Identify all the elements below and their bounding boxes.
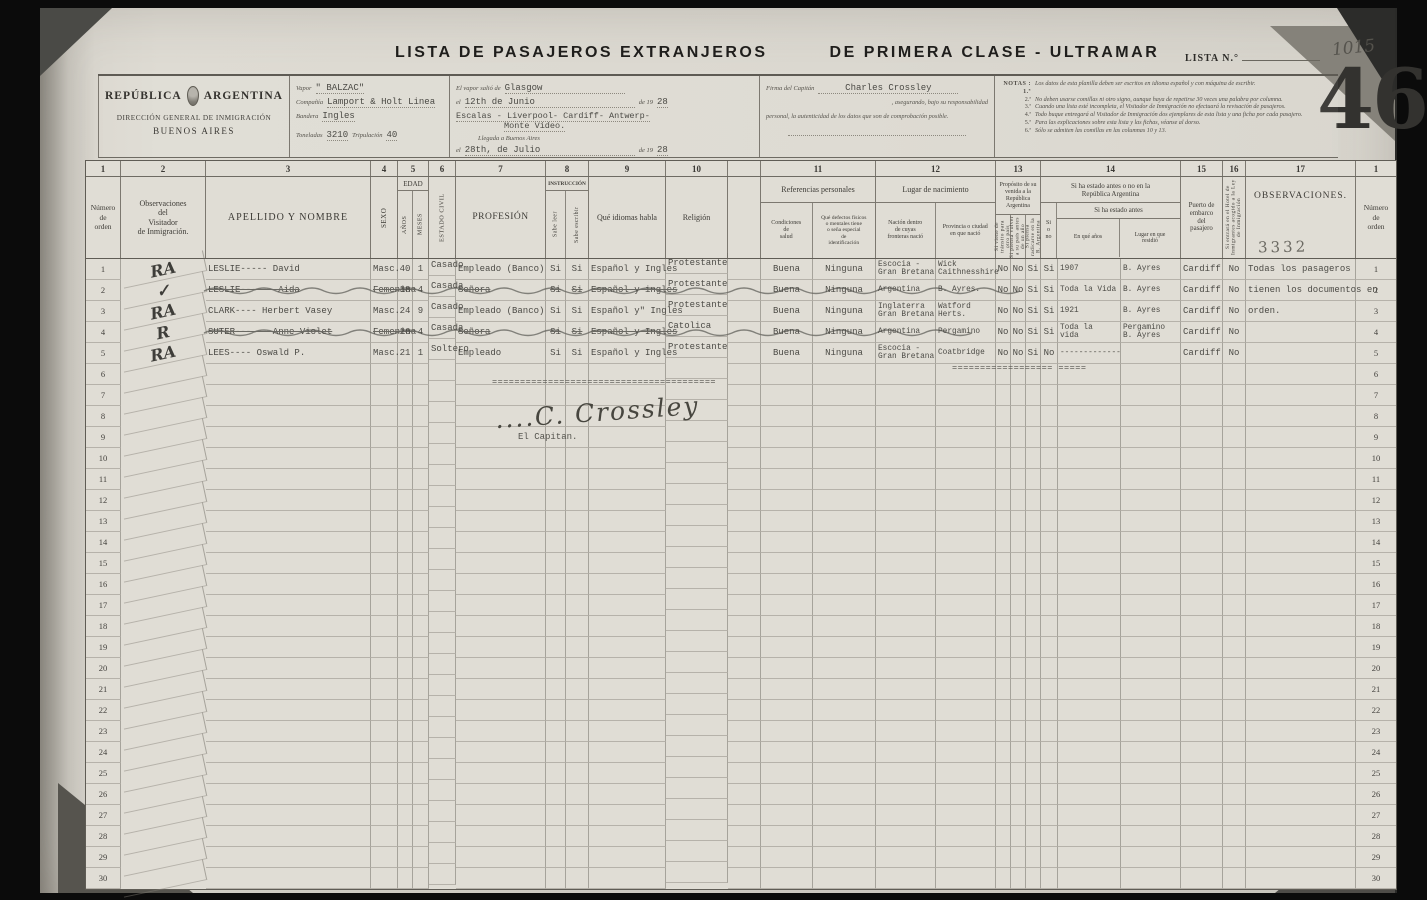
col-proposito-3: Si piensa radicarse en la R. Argentina bbox=[1026, 215, 1041, 258]
cell-provincia bbox=[936, 448, 996, 469]
cell-idiomas bbox=[589, 868, 666, 889]
nota-item: NOTAS : 1.ªLos datos de esta planilla de… bbox=[1001, 81, 1332, 97]
cell-defectos bbox=[813, 637, 876, 658]
cell-name bbox=[206, 448, 371, 469]
cell-n2: 27 bbox=[1356, 805, 1396, 826]
cell-p3 bbox=[1026, 679, 1041, 700]
cell-p3 bbox=[1026, 595, 1041, 616]
escalas-line2: Monte Video. bbox=[504, 121, 565, 132]
stamp-number: 3332 bbox=[1258, 238, 1308, 257]
cell-sino bbox=[1041, 511, 1058, 532]
cell-spare bbox=[728, 826, 761, 847]
table-header-row: Número de orden Observaciones del Visita… bbox=[86, 177, 1396, 259]
cell-name bbox=[206, 406, 371, 427]
col-nacion: Nación dentro de cuyas fronteras nació bbox=[876, 203, 935, 258]
nota-number: 5.ª bbox=[1001, 120, 1031, 128]
cell-estado bbox=[429, 738, 456, 759]
cell-obs bbox=[1246, 826, 1356, 847]
cell-provincia bbox=[936, 700, 996, 721]
cell-religion bbox=[666, 421, 728, 442]
cell-religion bbox=[666, 568, 728, 589]
cell-estado bbox=[429, 570, 456, 591]
cell-idiomas bbox=[589, 427, 666, 448]
cell-anos_ant bbox=[1058, 784, 1121, 805]
cell-sino bbox=[1041, 595, 1058, 616]
cell-spare bbox=[728, 700, 761, 721]
scanned-document: LISTA DE PASAJEROS EXTRANJEROS DE PRIMER… bbox=[0, 0, 1427, 900]
cell-idiomas bbox=[589, 784, 666, 805]
cell-hotel bbox=[1223, 616, 1246, 637]
cell-salud bbox=[761, 868, 813, 889]
cell-sino bbox=[1041, 721, 1058, 742]
cell-hotel bbox=[1223, 553, 1246, 574]
cell-n2: 10 bbox=[1356, 448, 1396, 469]
cell-salud bbox=[761, 532, 813, 553]
cell-provincia: Watford Herts. bbox=[936, 301, 996, 322]
cell-anos bbox=[398, 574, 413, 595]
cell-defectos bbox=[813, 553, 876, 574]
cell-name bbox=[206, 721, 371, 742]
table-row: 2929 bbox=[86, 847, 1396, 868]
cell-n2: 20 bbox=[1356, 658, 1396, 679]
cell-nacion bbox=[876, 511, 936, 532]
cell-puerto: Cardiff bbox=[1181, 280, 1223, 301]
cell-puerto bbox=[1181, 742, 1223, 763]
cell-anos_ant bbox=[1058, 616, 1121, 637]
cell-religion bbox=[666, 799, 728, 820]
cell-obs bbox=[1246, 385, 1356, 406]
cell-sino: No bbox=[1041, 343, 1058, 364]
cell-meses: 9 bbox=[413, 301, 429, 322]
cell-spare bbox=[728, 427, 761, 448]
table-row: 2626 bbox=[86, 784, 1396, 805]
cell-escribir bbox=[566, 490, 589, 511]
cell-provincia bbox=[936, 574, 996, 595]
toneladas-label: Toneladas bbox=[296, 132, 323, 139]
cell-lugar_res bbox=[1121, 574, 1181, 595]
cell-spare bbox=[728, 595, 761, 616]
cell-sexo bbox=[371, 679, 398, 700]
cell-n: 29 bbox=[86, 847, 121, 868]
col-edad-meses: MESES bbox=[413, 191, 428, 258]
cell-n: 21 bbox=[86, 679, 121, 700]
cell-p2 bbox=[1011, 805, 1026, 826]
table-row: 2828 bbox=[86, 826, 1396, 847]
cell-spare bbox=[728, 364, 761, 385]
cell-idiomas bbox=[589, 763, 666, 784]
cell-p3: Si bbox=[1026, 343, 1041, 364]
cell-salud: Buena bbox=[761, 343, 813, 364]
cell-religion bbox=[666, 715, 728, 736]
cell-sexo: Femenina bbox=[371, 322, 398, 343]
cell-lugar_res: B. Ayres bbox=[1121, 280, 1181, 301]
cell-anos bbox=[398, 553, 413, 574]
cell-anos_ant bbox=[1058, 679, 1121, 700]
cell-name bbox=[206, 553, 371, 574]
cell-puerto bbox=[1181, 532, 1223, 553]
cell-sino bbox=[1041, 868, 1058, 889]
cell-salud bbox=[761, 763, 813, 784]
cell-lugar_res bbox=[1121, 847, 1181, 868]
cell-meses bbox=[413, 658, 429, 679]
cell-sexo bbox=[371, 763, 398, 784]
cell-n2: 22 bbox=[1356, 700, 1396, 721]
cell-p3 bbox=[1026, 826, 1041, 847]
cell-spare bbox=[728, 511, 761, 532]
cell-n2: 3 bbox=[1356, 301, 1396, 322]
cell-leer bbox=[546, 805, 566, 826]
cell-obs bbox=[1246, 322, 1356, 343]
cell-anos bbox=[398, 784, 413, 805]
cell-p3 bbox=[1026, 511, 1041, 532]
cell-name bbox=[206, 763, 371, 784]
cell-estado: Casada bbox=[429, 276, 456, 297]
cell-estado: Casado bbox=[429, 297, 456, 318]
cell-anos bbox=[398, 427, 413, 448]
cell-n: 9 bbox=[86, 427, 121, 448]
cell-spare bbox=[728, 763, 761, 784]
cell-puerto bbox=[1181, 637, 1223, 658]
cell-sexo bbox=[371, 595, 398, 616]
cell-salud bbox=[761, 700, 813, 721]
cell-lugar_res bbox=[1121, 532, 1181, 553]
cell-puerto bbox=[1181, 469, 1223, 490]
cell-nacion bbox=[876, 406, 936, 427]
cell-p3 bbox=[1026, 784, 1041, 805]
cell-religion bbox=[666, 358, 728, 379]
cell-anos_ant bbox=[1058, 805, 1121, 826]
cell-anos bbox=[398, 742, 413, 763]
cell-puerto bbox=[1181, 427, 1223, 448]
column-number: 15 bbox=[1181, 161, 1223, 176]
cell-meses bbox=[413, 637, 429, 658]
cell-p2: No bbox=[1011, 322, 1026, 343]
cell-sino: Si bbox=[1041, 259, 1058, 280]
cell-obs bbox=[1246, 721, 1356, 742]
cell-spare bbox=[728, 301, 761, 322]
cell-sino bbox=[1041, 658, 1058, 679]
table-body: 1RALESLIE----- DavidMasc.401CasadoEmplea… bbox=[86, 259, 1396, 889]
cell-religion: Protestante bbox=[666, 253, 728, 274]
cell-defectos bbox=[813, 448, 876, 469]
cell-provincia: B. Ayres. bbox=[936, 280, 996, 301]
de19b-label: de 19 bbox=[639, 147, 653, 154]
cell-sexo bbox=[371, 553, 398, 574]
cell-salud bbox=[761, 637, 813, 658]
cell-hotel: No bbox=[1223, 322, 1246, 343]
cell-escribir: Si bbox=[566, 280, 589, 301]
column-number: 11 bbox=[761, 161, 876, 176]
cell-anos bbox=[398, 763, 413, 784]
coat-of-arms-icon bbox=[187, 86, 199, 106]
cell-prof bbox=[456, 553, 546, 574]
cell-p2 bbox=[1011, 658, 1026, 679]
cell-anos_ant bbox=[1058, 511, 1121, 532]
cell-name bbox=[206, 868, 371, 889]
cell-escribir: Si bbox=[566, 301, 589, 322]
cell-leer bbox=[546, 553, 566, 574]
cell-n: 3 bbox=[86, 301, 121, 322]
cell-p3: Si bbox=[1026, 259, 1041, 280]
column-number: 7 bbox=[456, 161, 546, 176]
cell-lugar_res: Pergamino B. Ayres bbox=[1121, 322, 1181, 343]
cell-anos_ant bbox=[1058, 658, 1121, 679]
cell-n2: 24 bbox=[1356, 742, 1396, 763]
cell-sexo bbox=[371, 826, 398, 847]
cell-salud bbox=[761, 490, 813, 511]
cell-hotel bbox=[1223, 826, 1246, 847]
cell-escribir bbox=[566, 868, 589, 889]
cell-idiomas bbox=[589, 742, 666, 763]
cell-p1: No bbox=[996, 343, 1011, 364]
cell-spare bbox=[728, 616, 761, 637]
cell-puerto bbox=[1181, 847, 1223, 868]
cell-meses: 4 bbox=[413, 322, 429, 343]
cell-n2: 6 bbox=[1356, 364, 1396, 385]
cell-estado bbox=[429, 780, 456, 801]
cell-n: 24 bbox=[86, 742, 121, 763]
cell-escribir bbox=[566, 826, 589, 847]
cell-defectos bbox=[813, 385, 876, 406]
cell-sexo: Masc. bbox=[371, 259, 398, 280]
legal-text-1: , asegurando, bajo su responsabilidad bbox=[766, 99, 988, 108]
cell-p2 bbox=[1011, 595, 1026, 616]
cell-idiomas bbox=[589, 658, 666, 679]
cell-sexo bbox=[371, 469, 398, 490]
cell-n2: 18 bbox=[1356, 616, 1396, 637]
cell-sexo: Masc. bbox=[371, 301, 398, 322]
tripulacion-label: Tripulación bbox=[352, 132, 382, 139]
cell-religion bbox=[666, 820, 728, 841]
cell-meses bbox=[413, 616, 429, 637]
cell-obs bbox=[1246, 847, 1356, 868]
cell-p1 bbox=[996, 742, 1011, 763]
captain-title: El Capitan. bbox=[518, 432, 577, 442]
cell-hotel bbox=[1223, 595, 1246, 616]
cell-puerto bbox=[1181, 763, 1223, 784]
table-row: 1919 bbox=[86, 637, 1396, 658]
cell-defectos bbox=[813, 742, 876, 763]
cell-hotel bbox=[1223, 784, 1246, 805]
cell-puerto bbox=[1181, 364, 1223, 385]
cell-nacion: Argentina bbox=[876, 322, 936, 343]
cell-provincia bbox=[936, 532, 996, 553]
title-right: DE PRIMERA CLASE - ULTRAMAR bbox=[830, 44, 1160, 62]
photo-corner-top-left bbox=[40, 8, 112, 76]
cell-meses bbox=[413, 532, 429, 553]
cell-anos_ant bbox=[1058, 406, 1121, 427]
voyage-info-box: El vapor salió de Glasgow el 12th de Jun… bbox=[450, 76, 760, 157]
cell-spare bbox=[728, 490, 761, 511]
typed-separator-1: ======================================== bbox=[492, 377, 716, 387]
cell-anos_ant: Toda la Vida bbox=[1058, 280, 1121, 301]
cell-n2: 25 bbox=[1356, 763, 1396, 784]
cell-sino bbox=[1041, 574, 1058, 595]
cell-spare bbox=[728, 469, 761, 490]
cell-obs bbox=[1246, 679, 1356, 700]
cell-escribir bbox=[566, 637, 589, 658]
cell-anos bbox=[398, 595, 413, 616]
cell-p3 bbox=[1026, 490, 1041, 511]
cell-prof bbox=[456, 532, 546, 553]
cell-anos bbox=[398, 406, 413, 427]
cell-lugar_res bbox=[1121, 343, 1181, 364]
cell-meses: 1 bbox=[413, 259, 429, 280]
cell-estado bbox=[429, 759, 456, 780]
list-number-label: LISTA N.° bbox=[1185, 53, 1239, 64]
cell-estado bbox=[429, 864, 456, 885]
passenger-table: 12345678910111213141516171 Número de ord… bbox=[85, 160, 1397, 890]
cell-anos_ant bbox=[1058, 826, 1121, 847]
cell-puerto bbox=[1181, 490, 1223, 511]
cell-leer bbox=[546, 574, 566, 595]
compania-label: Compañía bbox=[296, 99, 323, 106]
cell-prof bbox=[456, 616, 546, 637]
cell-n2: 8 bbox=[1356, 406, 1396, 427]
cell-spare bbox=[728, 343, 761, 364]
col-observaciones-17: OBSERVACIONES. bbox=[1246, 177, 1355, 201]
cell-anos bbox=[398, 868, 413, 889]
cell-puerto bbox=[1181, 511, 1223, 532]
cell-n2: 19 bbox=[1356, 637, 1396, 658]
cell-leer: Si bbox=[546, 259, 566, 280]
table-number-row: 12345678910111213141516171 bbox=[86, 161, 1396, 177]
column-number: 10 bbox=[666, 161, 728, 176]
cell-prof bbox=[456, 637, 546, 658]
nota-item: 5.ªPara las explicaciones sobre esta lis… bbox=[1001, 120, 1332, 128]
cell-p2 bbox=[1011, 679, 1026, 700]
cell-hotel bbox=[1223, 406, 1246, 427]
cell-hotel bbox=[1223, 532, 1246, 553]
cell-salud bbox=[761, 385, 813, 406]
toneladas-value: 3210 bbox=[327, 130, 349, 141]
cell-p2 bbox=[1011, 490, 1026, 511]
cell-puerto bbox=[1181, 658, 1223, 679]
cell-sino bbox=[1041, 532, 1058, 553]
cell-idiomas bbox=[589, 700, 666, 721]
cell-religion: Protestante bbox=[666, 295, 728, 316]
nota-item: 4.ªTodo buque entregará al Visitador de … bbox=[1001, 112, 1332, 120]
col-profesion: PROFESIÓN bbox=[456, 177, 545, 258]
cell-spare bbox=[728, 658, 761, 679]
cell-idiomas bbox=[589, 469, 666, 490]
col-apellido-nombre: APELLIDO Y NOMBRE bbox=[206, 177, 370, 258]
cell-n: 12 bbox=[86, 490, 121, 511]
cell-sexo bbox=[371, 721, 398, 742]
cell-provincia: Wick Caithnesshire bbox=[936, 259, 996, 280]
cell-estado bbox=[429, 549, 456, 570]
col-observaciones-visitador: Observaciones del Visitador de Inmigraci… bbox=[121, 177, 205, 258]
cell-p2 bbox=[1011, 826, 1026, 847]
cell-anos bbox=[398, 847, 413, 868]
cell-name: SUTER--- -- Anne Violet bbox=[206, 322, 371, 343]
cell-puerto bbox=[1181, 826, 1223, 847]
cell-defectos: Ninguna bbox=[813, 259, 876, 280]
cell-religion bbox=[666, 610, 728, 631]
cell-religion bbox=[666, 778, 728, 799]
cell-name bbox=[206, 490, 371, 511]
issuing-authority-box: REPÚBLICA ARGENTINA DIRECCIÓN GENERAL DE… bbox=[98, 76, 290, 157]
cell-anos_ant: 1921 bbox=[1058, 301, 1121, 322]
cell-anos_ant bbox=[1058, 553, 1121, 574]
table-row: 2424 bbox=[86, 742, 1396, 763]
cell-obs bbox=[1246, 553, 1356, 574]
cell-puerto: Cardiff bbox=[1181, 301, 1223, 322]
cell-salud: Buena bbox=[761, 259, 813, 280]
cell-leer bbox=[546, 616, 566, 637]
cell-puerto bbox=[1181, 679, 1223, 700]
cell-puerto bbox=[1181, 553, 1223, 574]
table-row: 1616 bbox=[86, 574, 1396, 595]
cell-obs bbox=[1246, 364, 1356, 385]
cell-p3: Si bbox=[1026, 301, 1041, 322]
cell-anos bbox=[398, 448, 413, 469]
cell-p3 bbox=[1026, 700, 1041, 721]
cell-leer bbox=[546, 469, 566, 490]
cell-anos_ant bbox=[1058, 574, 1121, 595]
table-row: 2121 bbox=[86, 679, 1396, 700]
cell-meses bbox=[413, 721, 429, 742]
cell-nacion bbox=[876, 385, 936, 406]
cell-sexo bbox=[371, 448, 398, 469]
cell-n2: 23 bbox=[1356, 721, 1396, 742]
cell-provincia bbox=[936, 805, 996, 826]
cell-prof bbox=[456, 448, 546, 469]
cell-defectos bbox=[813, 406, 876, 427]
cell-salud bbox=[761, 784, 813, 805]
cell-prof: Empleado (Banco) bbox=[456, 259, 546, 280]
el2-label: el bbox=[456, 147, 461, 154]
direccion-label: DIRECCIÓN GENERAL DE INMIGRACIÓN bbox=[105, 113, 283, 122]
cell-p3 bbox=[1026, 721, 1041, 742]
cell-p2 bbox=[1011, 448, 1026, 469]
cell-spare bbox=[728, 406, 761, 427]
cell-leer bbox=[546, 868, 566, 889]
cell-nacion bbox=[876, 490, 936, 511]
table-row: 88 bbox=[86, 406, 1396, 427]
cell-lugar_res bbox=[1121, 784, 1181, 805]
cell-meses bbox=[413, 679, 429, 700]
cell-p1 bbox=[996, 469, 1011, 490]
col-sabe-escribir: Sabe escribir bbox=[566, 191, 588, 258]
cell-n2: 21 bbox=[1356, 679, 1396, 700]
cell-estado bbox=[429, 654, 456, 675]
cell-hotel bbox=[1223, 448, 1246, 469]
cell-p1 bbox=[996, 847, 1011, 868]
cell-sino bbox=[1041, 448, 1058, 469]
cell-p3 bbox=[1026, 553, 1041, 574]
cell-sino bbox=[1041, 637, 1058, 658]
table-row: 1RALESLIE----- DavidMasc.401CasadoEmplea… bbox=[86, 259, 1396, 280]
cell-nacion bbox=[876, 700, 936, 721]
cell-lugar_res bbox=[1121, 742, 1181, 763]
cell-obs bbox=[1246, 805, 1356, 826]
cell-p2 bbox=[1011, 532, 1026, 553]
cell-name bbox=[206, 826, 371, 847]
cell-leer bbox=[546, 595, 566, 616]
cell-sino bbox=[1041, 490, 1058, 511]
salio-label: El vapor salió de bbox=[456, 85, 501, 92]
cell-escribir bbox=[566, 532, 589, 553]
cell-defectos: Ninguna bbox=[813, 301, 876, 322]
cell-p3 bbox=[1026, 532, 1041, 553]
col-si-ha-estado: Si ha estado antes bbox=[1057, 203, 1180, 219]
cell-lugar_res bbox=[1121, 490, 1181, 511]
cell-meses bbox=[413, 595, 429, 616]
cell-anos bbox=[398, 679, 413, 700]
cell-lugar_res bbox=[1121, 427, 1181, 448]
cell-meses: 4 bbox=[413, 280, 429, 301]
